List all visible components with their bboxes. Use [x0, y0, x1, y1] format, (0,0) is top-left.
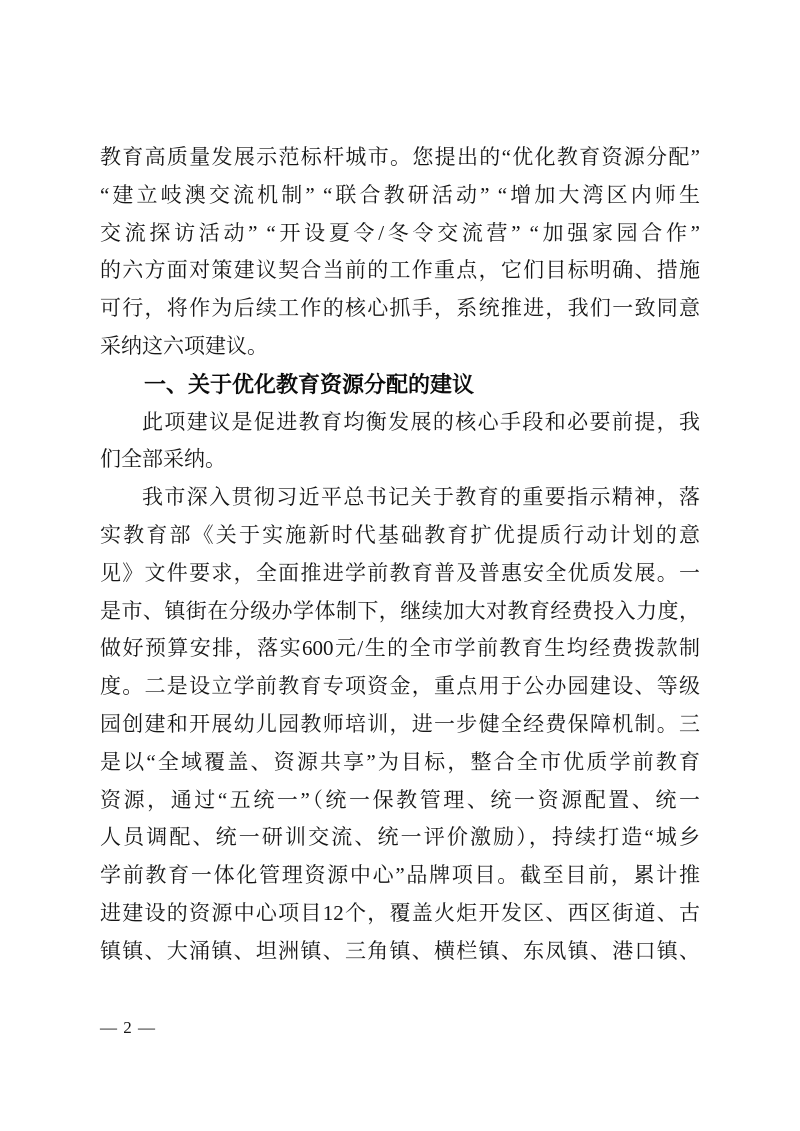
- body-line: 是以“全域覆盖、资源共享”为目标，整合全市优质学前教育: [100, 744, 700, 782]
- body-line: 此项建议是促进教育均衡发展的核心手段和必要前提，我: [100, 404, 700, 442]
- body-line: 进建设的资源中心项目12个，覆盖火炬开发区、西区街道、古: [100, 895, 700, 933]
- body-line: 是市、镇街在分级办学体制下，继续加大对教育经费投入力度，: [100, 593, 700, 631]
- body-line: 见》文件要求，全面推进学前教育普及普惠安全优质发展。一: [100, 555, 700, 593]
- body-line: 采纳这六项建议。: [100, 328, 700, 366]
- body-line: 园创建和开展幼儿园教师培训，进一步健全经费保障机制。三: [100, 706, 700, 744]
- document-page: 教育高质量发展示范标杆城市。您提出的“优化教育资源分配” “建立岐澳交流机制” …: [0, 0, 800, 1131]
- body-line: 镇镇、大涌镇、坦洲镇、三角镇、横栏镇、东凤镇、港口镇、: [100, 933, 700, 971]
- page-number: — 2 —: [100, 1018, 156, 1038]
- body-line: 度。二是设立学前教育专项资金，重点用于公办园建设、等级: [100, 668, 700, 706]
- body-line: 交流探访活动” “开设夏令/冬令交流营” “加强家园合作”: [100, 215, 700, 253]
- body-line: 们全部采纳。: [100, 441, 700, 479]
- section-heading: 一、关于优化教育资源分配的建议: [100, 366, 700, 404]
- document-body: 教育高质量发展示范标杆城市。您提出的“优化教育资源分配” “建立岐澳交流机制” …: [100, 139, 700, 971]
- body-line: 我市深入贯彻习近平总书记关于教育的重要指示精神，落: [100, 479, 700, 517]
- body-line: 资源，通过“五统一”（统一保教管理、统一资源配置、统一: [100, 782, 700, 820]
- body-line: 的六方面对策建议契合当前的工作重点，它们目标明确、措施: [100, 252, 700, 290]
- body-line: 可行，将作为后续工作的核心抓手，系统推进，我们一致同意: [100, 290, 700, 328]
- body-line: 教育高质量发展示范标杆城市。您提出的“优化教育资源分配”: [100, 139, 700, 177]
- body-line: 学前教育一体化管理资源中心”品牌项目。截至目前，累计推: [100, 857, 700, 895]
- body-line: 做好预算安排，落实600元/生的全市学前教育生均经费拨款制: [100, 630, 700, 668]
- body-line: 实教育部《关于实施新时代基础教育扩优提质行动计划的意: [100, 517, 700, 555]
- body-line: 人员调配、统一研训交流、统一评价激励），持续打造“城乡: [100, 819, 700, 857]
- body-line: “建立岐澳交流机制” “联合教研活动” “增加大湾区内师生: [100, 177, 700, 215]
